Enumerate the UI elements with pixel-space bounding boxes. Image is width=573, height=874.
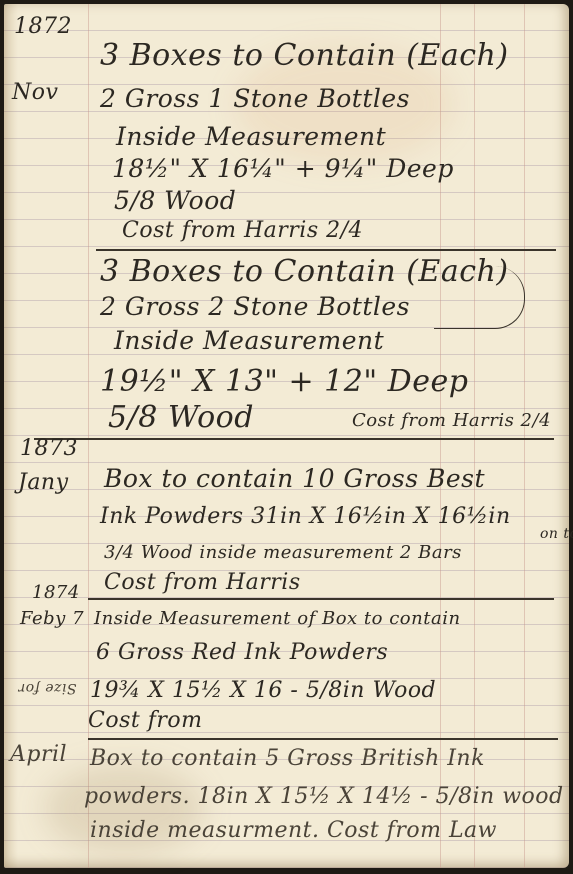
- entry-divider: [88, 738, 558, 740]
- entry-line: powders. 18in X 15½ X 14½ - 5/8in wood: [84, 784, 564, 809]
- entry-line: inside measurment. Cost from Law: [90, 818, 497, 843]
- margin-note: Size for: [18, 680, 76, 696]
- entry-annotation: on top: [540, 526, 573, 542]
- entry-line: 5/8 Wood: [114, 186, 236, 215]
- entry-line: 19¾ X 15½ X 16 - 5/8in Wood: [90, 678, 436, 703]
- entry-line: 5/8 Wood: [108, 400, 254, 435]
- entry-line: Inside Measurement: [114, 326, 384, 355]
- entry-line: Cost from Harris 2/4: [352, 410, 551, 431]
- entry-line: 2 Gross 1 Stone Bottles: [100, 84, 410, 113]
- entry-divider: [88, 598, 554, 600]
- entry-month: Nov: [12, 80, 58, 105]
- entry-line: Ink Powders 31in X 16½in X 16½in: [100, 504, 511, 529]
- entry-line: 18½" X 16¼" + 9¼" Deep: [112, 154, 454, 183]
- entry-year: 1872: [14, 14, 72, 39]
- entry-line: Cost from Harris: [104, 570, 301, 595]
- entry-line: Cost from Harris 2/4: [122, 218, 363, 243]
- entry-line: Cost from: [88, 708, 202, 733]
- entry-line: 2 Gross 2 Stone Bottles: [100, 292, 410, 321]
- entry-line: Box to contain 10 Gross Best: [104, 464, 485, 493]
- bracket-mark: [434, 266, 525, 329]
- entry-month: Jany: [18, 470, 69, 495]
- entry-month: Feby 7: [20, 608, 84, 629]
- ledger-page: 1872 Nov 3 Boxes to Contain (Each) 2 Gro…: [4, 4, 569, 868]
- entry-line: 19½" X 13" + 12" Deep: [100, 364, 468, 399]
- entry-line: Inside Measurement of Box to contain: [94, 608, 461, 629]
- entry-divider: [34, 438, 554, 440]
- entry-year: 1874: [32, 582, 80, 603]
- entry-line: 3/4 Wood inside measurement 2 Bars: [104, 542, 462, 563]
- entry-line: 3 Boxes to Contain (Each): [100, 38, 509, 73]
- entry-line: 6 Gross Red Ink Powders: [96, 640, 388, 665]
- entry-line: Box to contain 5 Gross British Ink: [90, 746, 485, 771]
- entry-year: 1873: [20, 436, 78, 461]
- entry-month: April: [10, 742, 67, 767]
- entry-divider: [96, 249, 556, 251]
- entry-line: Inside Measurement: [116, 122, 386, 151]
